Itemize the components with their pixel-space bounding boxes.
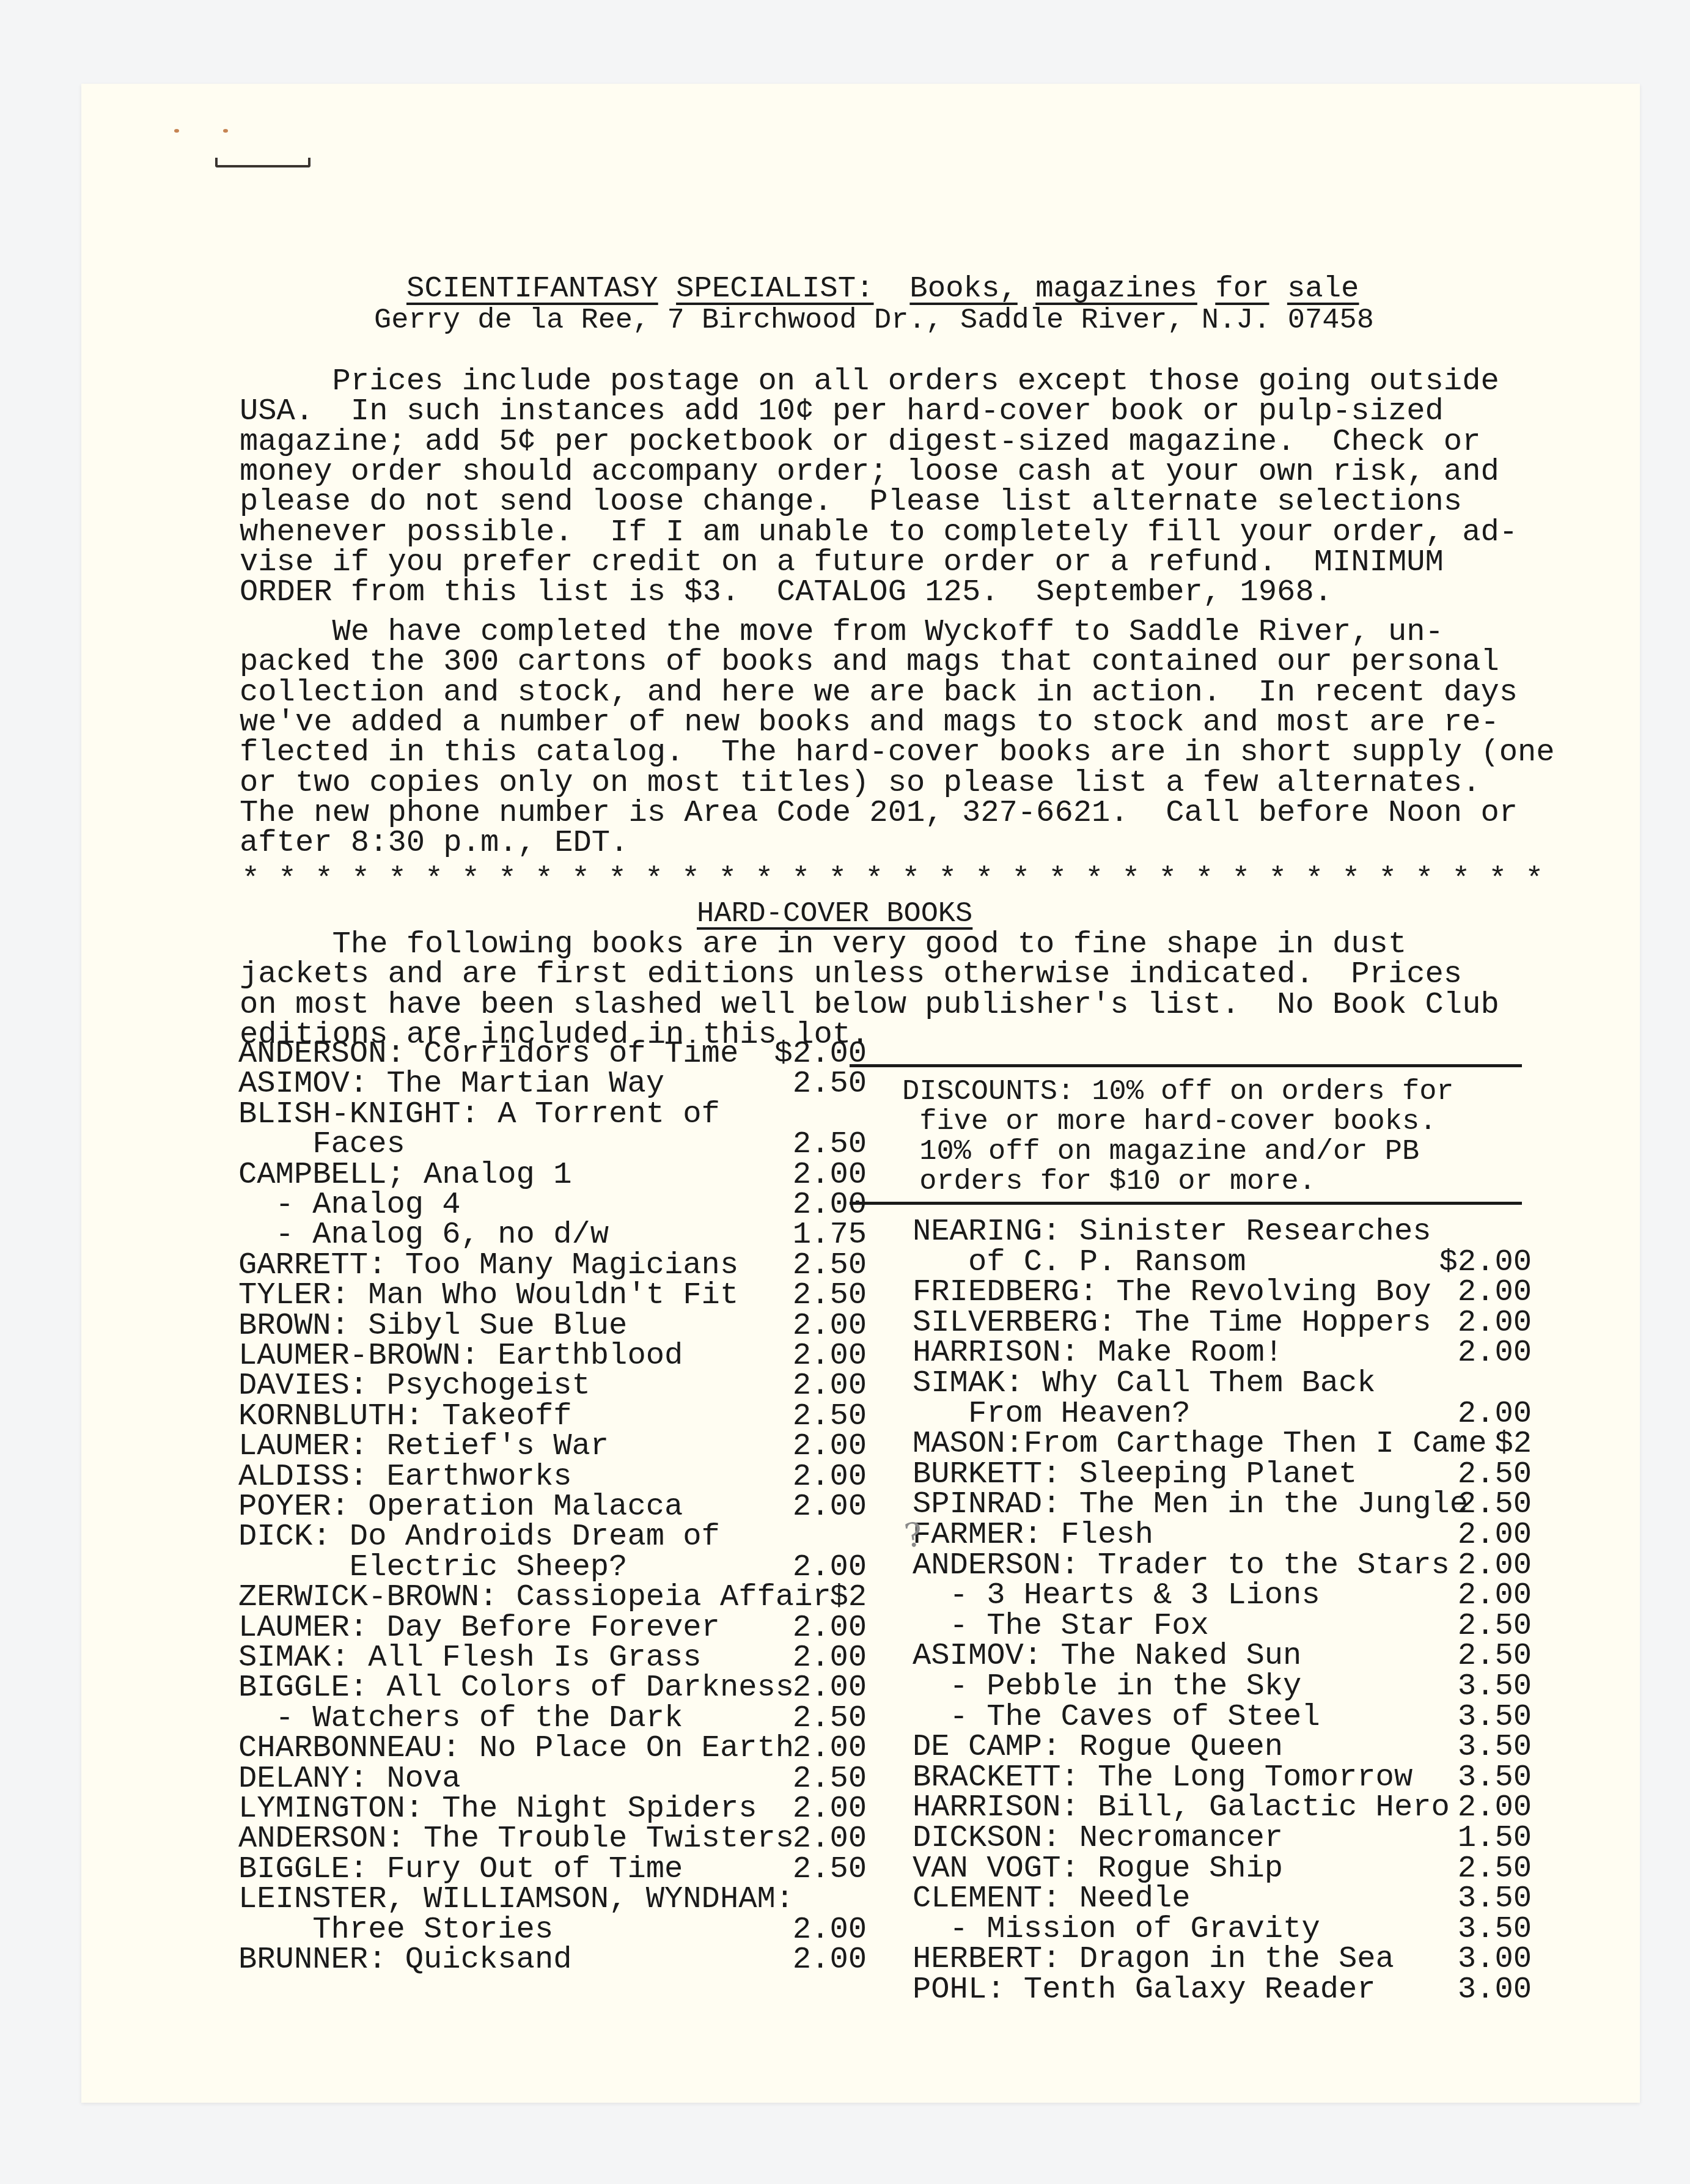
book-title: MASON:From Carthage Then I Came [913,1429,1486,1459]
book-title: LEINSTER, WILLIAMSON, WYNDHAM: [238,1884,794,1914]
book-price: 2.00 [793,1190,867,1220]
book-title: - The Star Fox [913,1611,1209,1641]
book-title: ASIMOV: The Naked Sun [913,1641,1301,1671]
book-price: 2.00 [793,1311,867,1341]
book-price: 2.00 [793,1160,867,1190]
book-title: TYLER: Man Who Wouldn't Fit [238,1281,738,1311]
asterisk-separator: * * * * * * * * * * * * * * * * * * * * … [241,865,1543,895]
paragraph-line: flected in this catalog. The hard-cover … [240,738,1555,768]
book-title: BIGGLE: All Colors of Darkness [238,1673,794,1703]
paragraph-line: money order should accompany order; loos… [240,457,1499,487]
section-title: HARD-COVER BOOKS [697,899,972,929]
book-title: DICKSON: Necromancer [913,1823,1283,1853]
title-word: Books, [909,271,1017,306]
book-title: From Heaven? [913,1399,1191,1429]
book-price: 2.50 [1458,1611,1532,1641]
book-title: CAMPBELL; Analog 1 [238,1160,572,1190]
paragraph-line: USA. In such instances add 10¢ per hard-… [240,397,1444,427]
book-price: 2.50 [1458,1854,1532,1884]
book-title: Faces [238,1130,405,1160]
discount-line: orders for $10 or more. [902,1167,1316,1197]
book-title: HARRISON: Bill, Galactic Hero [913,1793,1450,1823]
book-title: ASIMOV: The Martian Way [238,1069,664,1099]
book-price: 3.50 [1458,1672,1532,1702]
discount-line: 10% off on magazine and/or PB [902,1137,1419,1167]
book-price: 2.00 [1458,1308,1532,1338]
book-title: POYER: Operation Malacca [238,1492,683,1522]
book-title: CHARBONNEAU: No Place On Earth [238,1734,794,1763]
book-price: 2.00 [1458,1338,1532,1368]
paragraph-line: or two copies only on most titles) so pl… [240,768,1480,798]
paragraph-line: magazine; add 5¢ per pocketbook or diges… [240,427,1480,457]
book-title: KORNBLUTH: Takeoff [238,1402,572,1432]
book-title: of C. P. Ransom [913,1248,1246,1278]
book-title: BRACKETT: The Long Tomorrow [913,1763,1413,1793]
book-price: 2.50 [793,1069,867,1099]
book-price: 3.50 [1458,1763,1532,1793]
book-title: BIGGLE: Fury Out of Time [238,1855,683,1884]
book-title: HARRISON: Make Room! [913,1338,1283,1368]
book-price: 2.00 [793,1371,867,1401]
book-price: 2.50 [793,1130,867,1160]
book-title: FARMER: Flesh [913,1520,1153,1550]
book-title: GARRETT: Too Many Magicians [238,1251,738,1281]
book-title: VAN VOGT: Rogue Ship [913,1854,1283,1884]
book-price: 2.00 [793,1553,867,1583]
book-title: POHL: Tenth Galaxy Reader [913,1975,1376,2005]
paragraph-line: on most have been slashed well below pub… [240,990,1499,1020]
paragraph-line: jackets and are first editions unless ot… [240,960,1462,990]
book-price: 2.00 [793,1915,867,1945]
paragraph-line: after 8:30 p.m., EDT. [240,828,628,858]
book-price: 2.00 [793,1643,867,1673]
book-price: 3.00 [1458,1975,1532,2005]
book-price: 2.00 [793,1341,867,1371]
book-title: HERBERT: Dragon in the Sea [913,1944,1394,1974]
book-price: $2.00 [1439,1248,1532,1278]
book-price: 2.00 [1458,1581,1532,1611]
book-price: 3.00 [1458,1944,1532,1974]
book-title: ANDERSON: Trader to the Stars [913,1551,1450,1581]
book-title: FRIEDBERG: The Revolving Boy [913,1278,1431,1307]
book-title: - Mission of Gravity [913,1914,1320,1944]
book-title: DAVIES: Psychogeist [238,1371,590,1401]
rust-spot [174,129,179,133]
dealer-address: Gerry de la Ree, 7 Birchwood Dr., Saddle… [374,306,1374,336]
book-price: 2.50 [1458,1641,1532,1671]
book-title: LAUMER-BROWN: Earthblood [238,1341,683,1371]
book-title: - 3 Hearts & 3 Lions [913,1581,1320,1611]
paragraph-line: please do not send loose change. Please … [240,487,1462,517]
book-title: Three Stories [238,1915,553,1945]
book-price: 2.50 [793,1855,867,1884]
book-price: 2.50 [1458,1490,1532,1520]
book-title: BRUNNER: Quicksand [238,1945,572,1975]
book-price: 2.00 [793,1432,867,1462]
book-title: - The Caves of Steel [913,1702,1320,1732]
paragraph-line: collection and stock, and here we are ba… [240,678,1518,708]
book-price: 2.00 [1458,1278,1532,1307]
title-word: SPECIALIST: [676,271,873,306]
book-price: 2.50 [793,1251,867,1281]
book-title: LAUMER: Day Before Forever [238,1613,720,1643]
book-price: 3.50 [1458,1914,1532,1944]
paragraph-line: vise if you prefer credit on a future or… [240,548,1444,578]
book-title: DE CAMP: Rogue Queen [913,1732,1283,1762]
book-title: Electric Sheep? [238,1553,627,1583]
book-price: 2.00 [1458,1793,1532,1823]
book-price: 2.00 [1458,1551,1532,1581]
title-word: sale [1287,271,1359,306]
book-price: 3.50 [1458,1884,1532,1914]
catalog-title: SCIENTIFANTASY SPECIALIST: Books, magazi… [406,274,1359,304]
book-price: 2.50 [793,1764,867,1794]
discount-top-rule [850,1064,1522,1067]
book-title: SILVERBERG: The Time Hoppers [913,1308,1431,1338]
book-title: ALDISS: Earthworks [238,1462,572,1492]
book-price: 2.00 [1458,1520,1532,1550]
book-title: - Pebble in the Sky [913,1672,1301,1702]
book-price: $2 [829,1583,867,1612]
paragraph-line: we've added a number of new books and ma… [240,708,1499,738]
paragraph-line: ORDER from this list is $3. CATALOG 125.… [240,578,1332,608]
book-price: 1.50 [1458,1823,1532,1853]
paragraph-line: The following books are in very good to … [240,930,1406,960]
book-price: 1.75 [793,1220,867,1250]
book-price: 2.50 [793,1704,867,1734]
book-title: - Analog 6, no d/w [238,1220,609,1250]
book-title: DICK: Do Androids Dream of [238,1522,720,1552]
book-price: 2.50 [1458,1460,1532,1490]
book-title: BROWN: Sibyl Sue Blue [238,1311,627,1341]
staple [215,158,310,167]
paragraph-line: The new phone number is Area Code 201, 3… [240,798,1518,828]
book-title: DELANY: Nova [238,1764,461,1794]
book-price: 2.00 [793,1824,867,1854]
title-word: for [1215,271,1269,306]
book-price: 2.00 [793,1673,867,1703]
book-title: SPINRAD: The Men in the Jungle [913,1490,1468,1520]
book-title: SIMAK: Why Call Them Back [913,1369,1376,1399]
paragraph-line: We have completed the move from Wyckoff … [240,617,1444,647]
book-price: 2.00 [793,1492,867,1522]
book-price: 2.00 [793,1613,867,1643]
book-price: 2.00 [793,1462,867,1492]
book-title: BURKETT: Sleeping Planet [913,1460,1357,1490]
book-price: 2.50 [793,1402,867,1432]
title-word: SCIENTIFANTASY [406,271,658,306]
paragraph-line: Prices include postage on all orders exc… [240,367,1499,397]
book-title: ANDERSON: The Trouble Twisters [238,1824,794,1854]
book-price: 2.00 [1458,1399,1532,1429]
book-price: 2.50 [793,1281,867,1311]
book-title: ZERWICK-BROWN: Cassiopeia Affair [238,1583,831,1612]
book-price: $2 [1494,1429,1532,1459]
book-title: - Watchers of the Dark [238,1704,683,1734]
discount-bottom-rule [850,1202,1522,1205]
book-title: CLEMENT: Needle [913,1884,1191,1914]
book-title: - Analog 4 [238,1190,461,1220]
book-title: LAUMER: Retief's War [238,1432,609,1462]
book-title: BLISH-KNIGHT: A Torrent of [238,1100,720,1130]
rust-spot [223,129,228,133]
discount-line: five or more hard-cover books. [902,1107,1436,1137]
discount-line: DISCOUNTS: 10% off on orders for [902,1077,1454,1107]
book-price: 2.00 [793,1794,867,1824]
book-price: 3.50 [1458,1702,1532,1732]
title-word: magazines [1035,271,1197,306]
book-price: 2.00 [793,1734,867,1763]
book-title: SIMAK: All Flesh Is Grass [238,1643,702,1673]
book-price: 2.00 [793,1945,867,1975]
book-title: NEARING: Sinister Researches [913,1217,1431,1247]
paragraph-line: whenever possible. If I am unable to com… [240,518,1518,548]
book-price: 3.50 [1458,1732,1532,1762]
paragraph-line: packed the 300 cartons of books and mags… [240,647,1499,677]
book-title: LYMINGTON: The Night Spiders [238,1794,757,1824]
book-title: ANDERSON: Corridors of Time [238,1039,738,1069]
